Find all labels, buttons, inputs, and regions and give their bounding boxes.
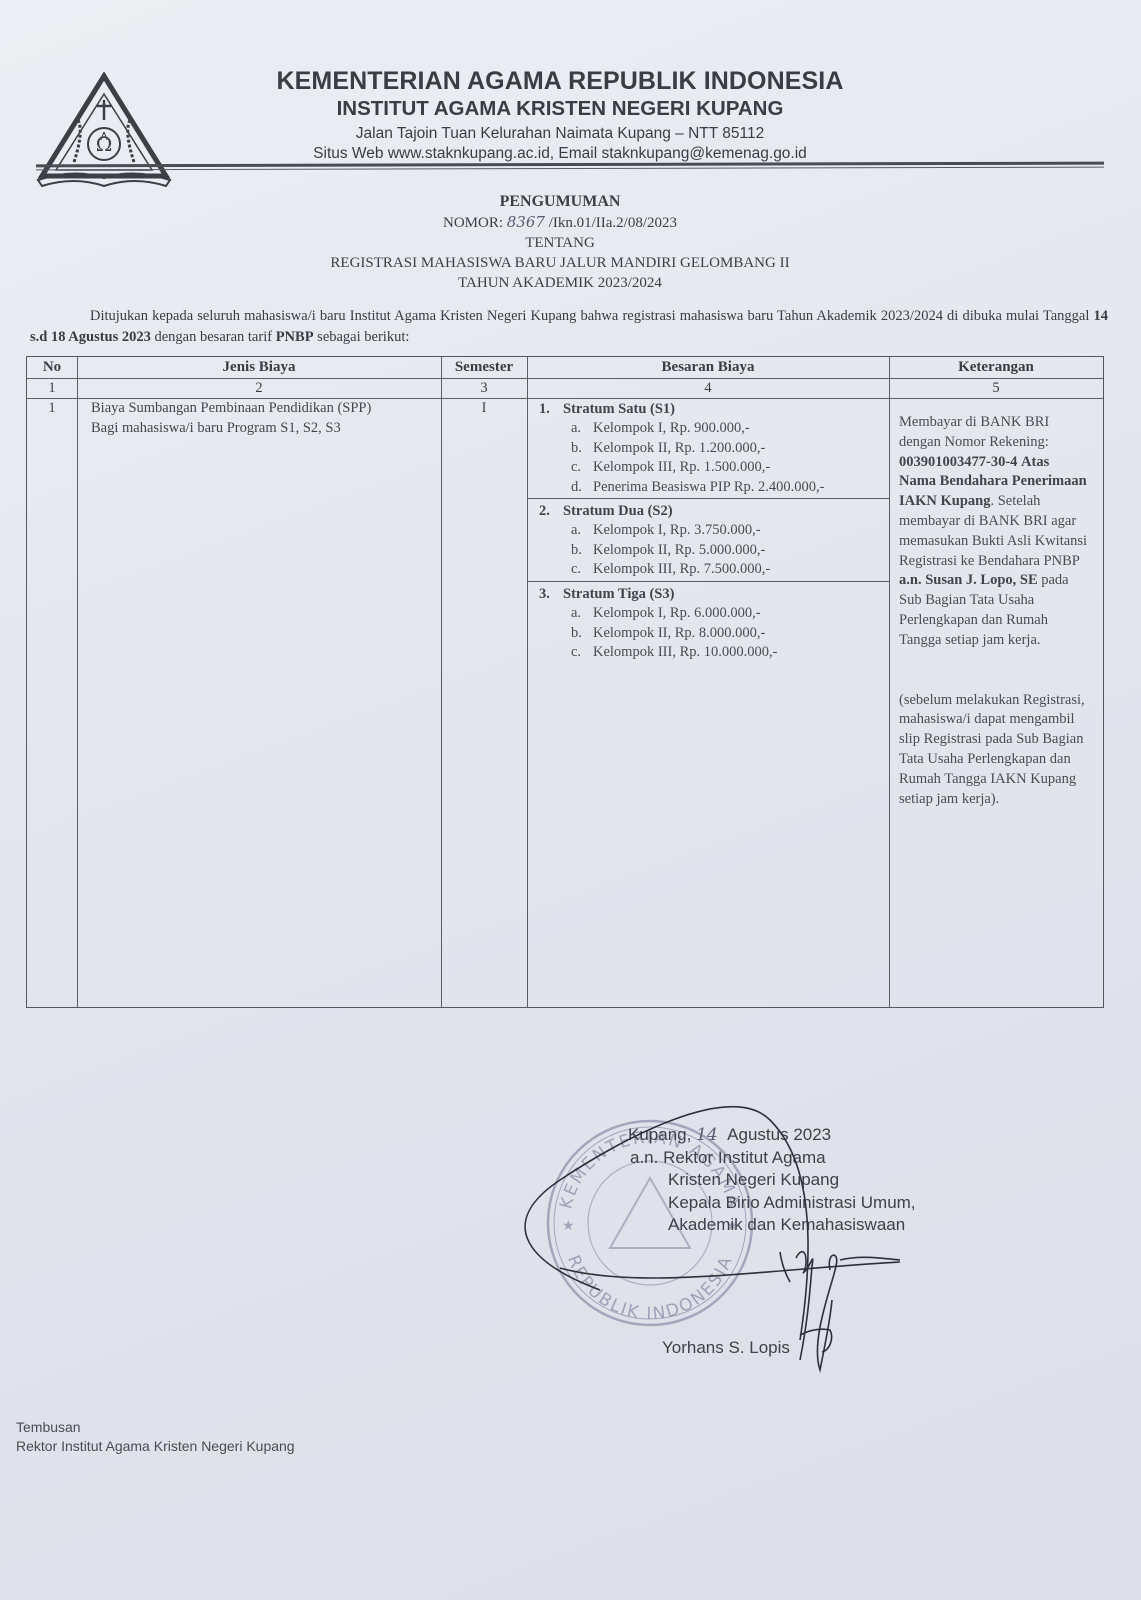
- letterhead-divider-thin: [36, 167, 1104, 171]
- signature-block: Kupang, 14 Agustus 2023 a.n. Rektor Inst…: [628, 1124, 916, 1237]
- svg-text:REPUBLIK INDONESIA: REPUBLIK INDONESIA: [563, 1253, 737, 1325]
- col-number: 2: [77, 378, 441, 398]
- tembusan-label: Tembusan: [16, 1418, 295, 1437]
- fee-table: No Jenis Biaya Semester Besaran Biaya Ke…: [26, 356, 1104, 1008]
- announcement-number: NOMOR: 8367 /Ikn.01/IIa.2/08/2023: [260, 212, 860, 233]
- announcement-page: Ω A KEMENTERIAN AGAMA REPUBLIK INDONESIA…: [0, 0, 1141, 1600]
- handwritten-day: 14: [696, 1125, 718, 1145]
- row-no: 1: [27, 399, 77, 419]
- row-semester: I: [441, 399, 527, 419]
- signatory-position: Kepala Birio Administrasi Umum,: [668, 1192, 916, 1215]
- tembusan-recipient: Rektor Institut Agama Kristen Negeri Kup…: [16, 1437, 295, 1456]
- announcement-subject: REGISTRASI MAHASISWA BARU JALUR MANDIRI …: [260, 253, 860, 273]
- institution-logo-icon: Ω A: [34, 72, 174, 190]
- header-semester: Semester: [441, 357, 527, 378]
- tentang-label: TENTANG: [260, 233, 860, 253]
- on-behalf-line: a.n. Rektor Institut Agama: [630, 1147, 916, 1170]
- stratum-s2: 2.Stratum Dua (S2) a.Kelompok I, Rp. 3.7…: [527, 501, 889, 580]
- institution-address: Jalan Tajoin Tuan Kelurahan Naimata Kupa…: [240, 124, 880, 144]
- slip-note: (sebelum melakukan Registrasi, mahasiswa…: [899, 691, 1089, 810]
- ministry-name: KEMENTERIAN AGAMA REPUBLIK INDONESIA: [240, 66, 880, 96]
- signing-date: Kupang, 14 Agustus 2023: [628, 1124, 916, 1147]
- intro-paragraph: Ditujukan kepada seluruh mahasiswa/i bar…: [30, 306, 1108, 348]
- svg-text:★: ★: [562, 1219, 575, 1234]
- header-keterangan: Keterangan: [889, 357, 1103, 378]
- announcement-title: PENGUMUMAN: [260, 192, 860, 212]
- announcement-title-block: PENGUMUMAN NOMOR: 8367 /Ikn.01/IIa.2/08/…: [260, 192, 860, 293]
- treasurer-name: a.n. Susan J. Lopo, SE: [899, 572, 1038, 588]
- col-number: 3: [441, 378, 527, 398]
- svg-text:A: A: [100, 130, 108, 143]
- carbon-copy-section: Tembusan Rektor Institut Agama Kristen N…: [16, 1418, 295, 1456]
- institution-name: INSTITUT AGAMA KRISTEN NEGERI KUPANG: [240, 96, 880, 122]
- letterhead: KEMENTERIAN AGAMA REPUBLIK INDONESIA INS…: [240, 66, 880, 164]
- academic-year: TAHUN AKADEMIK 2023/2024: [260, 273, 860, 293]
- header-besaran-biaya: Besaran Biaya: [527, 357, 889, 378]
- row-jenis-biaya: Biaya Sumbangan Pembinaan Pendidikan (SP…: [91, 399, 436, 438]
- institution-contact: Situs Web www.staknkupang.ac.id, Email s…: [240, 144, 880, 164]
- header-no: No: [27, 357, 77, 378]
- stratum-s3: 3.Stratum Tiga (S3) a.Kelompok I, Rp. 6.…: [527, 584, 889, 663]
- header-jenis-biaya: Jenis Biaya: [77, 357, 441, 378]
- handwritten-number: 8367: [507, 213, 545, 231]
- col-number: 5: [889, 378, 1103, 398]
- payment-instructions: Membayar di BANK BRI dengan Nomor Rekeni…: [899, 413, 1089, 651]
- stratum-s1: 1.Stratum Satu (S1) a.Kelompok I, Rp. 90…: [527, 399, 889, 497]
- keterangan-cell: Membayar di BANK BRI dengan Nomor Rekeni…: [899, 413, 1089, 809]
- bank-account-number: 003901003477-30-4: [899, 454, 1017, 470]
- besaran-biaya-cell: 1.Stratum Satu (S1) a.Kelompok I, Rp. 90…: [527, 399, 889, 1007]
- tarif-type: PNBP: [276, 329, 314, 345]
- col-number: 1: [27, 378, 77, 398]
- signatory-name: Yorhans S. Lopis: [662, 1338, 790, 1358]
- col-number: 4: [527, 378, 889, 398]
